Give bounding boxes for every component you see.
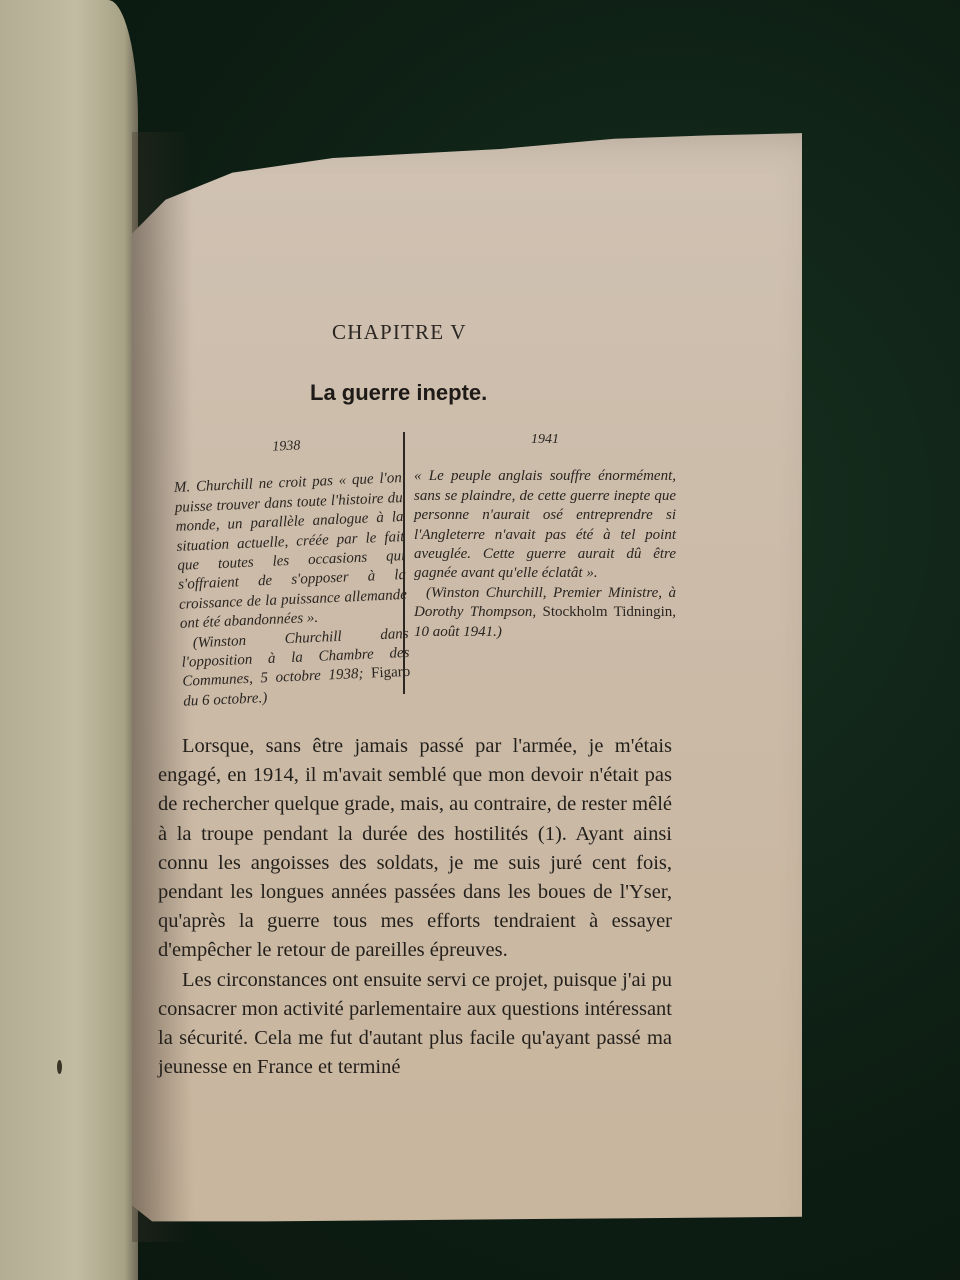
body-text: Lorsque, sans être jamais passé par l'ar… (158, 732, 672, 1082)
chapter-heading: CHAPITRE V (332, 320, 467, 345)
epigraph-citation: (Winston Churchill, Premier Ministre, à … (414, 584, 676, 642)
facing-page (0, 0, 138, 1280)
epigraph-1938: 1938 M. Churchill ne croit pas « que l'o… (172, 432, 412, 712)
epigraph-citation: (Winston Churchill dans l'opposition à l… (180, 625, 411, 712)
citation-date: 10 août 1941.) (414, 624, 502, 640)
citation-source: Stockholm Tidningin, (536, 604, 676, 620)
paragraph: Les circonstances ont ensuite servi ce p… (158, 966, 672, 1083)
paragraph: Lorsque, sans être jamais passé par l'ar… (158, 732, 672, 966)
epigraph-quote: « Le peuple anglais souffre énormément, … (414, 467, 676, 583)
epigraph-quote: M. Churchill ne croit pas « que l'on pui… (174, 469, 409, 634)
epigraph-year: 1941 (414, 430, 676, 449)
epigraph-1941: 1941 « Le peuple anglais souffre énormém… (414, 430, 676, 642)
citation-date: du 6 octobre.) (183, 690, 268, 710)
ink-mark (57, 1060, 62, 1074)
chapter-title: La guerre inepte. (310, 380, 487, 406)
column-divider (403, 432, 405, 694)
